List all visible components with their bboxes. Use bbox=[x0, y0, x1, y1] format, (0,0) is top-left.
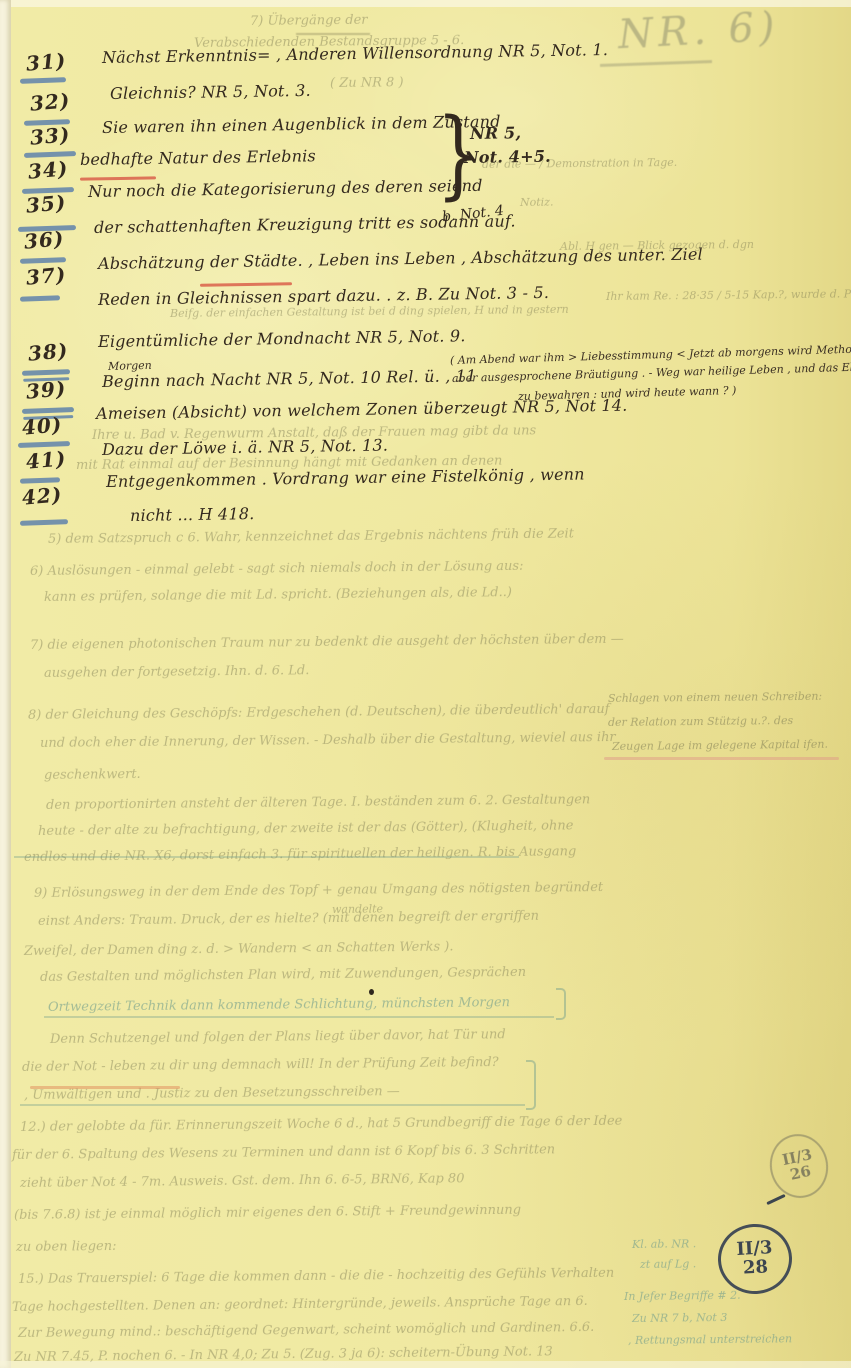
top-pencil-line-3: ( Zu NR 8 ) bbox=[330, 75, 404, 91]
item-number: 42) bbox=[21, 482, 63, 509]
stamp-bottom-label: 28 bbox=[742, 1258, 768, 1278]
brace-note-line-1: NR 5, bbox=[470, 123, 521, 143]
faint-pencil-line: den proportionirten ansteht der älteren … bbox=[46, 792, 590, 813]
blue-underline-mark bbox=[22, 369, 70, 376]
ink-speck bbox=[369, 989, 374, 995]
faint-pencil-line: heute - der alte zu befrachtigung, der z… bbox=[38, 818, 574, 839]
item-text: Ameisen (Absicht) von welchem Zonen über… bbox=[96, 396, 628, 423]
faint-pencil-line: geschenkwert. bbox=[44, 767, 141, 783]
faint-pencil-line: 15.) Das Trauerspiel: 6 Tage die kommen … bbox=[18, 1266, 614, 1287]
teal-underline bbox=[44, 1016, 554, 1018]
faint-pencil-line: das Gestalten und möglichsten Plan wird,… bbox=[40, 965, 526, 985]
archive-stamp-faint: II/3 26 bbox=[764, 1129, 834, 1204]
teal-strike-line bbox=[20, 1104, 525, 1106]
item-number: 36) bbox=[23, 226, 65, 253]
faint-pencil-line: 8) der Gleichung des Geschöpfs: Erdgesch… bbox=[28, 702, 610, 723]
faint-pencil-line: 7) die eigenen photonischen Traum nur zu… bbox=[30, 632, 624, 653]
faint-pencil-line: endlos und die NR. X6, dorst einfach 3. … bbox=[24, 844, 576, 865]
item-number: 31) bbox=[25, 48, 67, 75]
item-number: 39) bbox=[25, 376, 67, 403]
faint-pencil-line: kann es prüfen, solange die mit Ld. spri… bbox=[44, 585, 512, 605]
faint-pencil-line: Abl. H gen — Blick gezogen d. dgn bbox=[560, 238, 754, 253]
red-underline-mark bbox=[200, 282, 292, 287]
faint-pencil-line: (bis 7.6.8) ist je einmal möglich mir ei… bbox=[14, 1203, 521, 1223]
item-text-line-2: nicht ... H 418. bbox=[130, 504, 255, 525]
item-number: 32) bbox=[29, 88, 71, 115]
item-number: 41) bbox=[25, 446, 67, 473]
teal-strike-line bbox=[14, 856, 519, 858]
faint-red-underline bbox=[30, 1086, 180, 1089]
item-number: 37) bbox=[25, 262, 67, 289]
faint-pencil-line: 9) Erlösungsweg in der dem Ende des Topf… bbox=[34, 880, 603, 901]
faint-pencil-line: ausgehen der fortgesetzig. Ihn. d. 6. Ld… bbox=[44, 663, 310, 681]
faint-pencil-line: Zur Bewegung mind.: beschäftigend Gegenw… bbox=[18, 1320, 594, 1341]
item-number: 40) bbox=[21, 412, 63, 439]
item-text: Nächst Erkenntnis= , Anderen Willensordn… bbox=[102, 40, 608, 67]
corner-number: NR. 6) bbox=[617, 4, 781, 58]
faint-margin-note: , Rettungsmal unterstreichen bbox=[628, 1332, 792, 1347]
faint-pencil-line: 6) Auslösungen - einmal gelebt - sagt si… bbox=[30, 559, 524, 579]
faint-pencil-line: Zweifel, der Damen ding z. d. > Wandern … bbox=[24, 940, 454, 959]
faint-margin-note: Zu NR 7 b, Not 3 bbox=[632, 1311, 727, 1325]
scanned-manuscript-page: 7) Übergänge der Verabschiedenden Bestan… bbox=[0, 0, 851, 1368]
teal-bracket bbox=[526, 1060, 536, 1110]
faint-pencil-word: wandelte bbox=[332, 902, 383, 916]
item-text: Beginn nach Nacht NR 5, Not. 10 Rel. ü. … bbox=[102, 366, 477, 391]
faint-pencil-line: und doch eher die Innerung, der Wissen. … bbox=[40, 730, 616, 751]
top-pencil-line-1: 7) Übergänge der bbox=[250, 13, 368, 29]
archive-stamp-ink: II/3 28 bbox=[716, 1222, 794, 1296]
faint-pencil-line: zieht über Not 4 - 7m. Ausweis. Gst. dem… bbox=[20, 1171, 465, 1191]
faint-pencil-line: Ihre u. Bad v. Regenwurm Anstalt, daß de… bbox=[92, 423, 536, 443]
item-number: 33) bbox=[29, 122, 71, 149]
faint-pencil-line: Denn Schutzengel und folgen der Plans li… bbox=[50, 1027, 506, 1047]
blue-underline-mark bbox=[20, 77, 66, 84]
faint-pencil-line: 12.) der gelobte da für. Erinnerungszeit… bbox=[20, 1114, 622, 1135]
item-text: bedhafte Natur des Erlebnis bbox=[80, 146, 316, 169]
faint-pencil-line: die der Not - leben zu dir ung demnach w… bbox=[22, 1055, 499, 1075]
faint-pencil-line: Beifg. der einfachen Gestaltung ist bei … bbox=[170, 303, 569, 320]
faint-margin-note: Ihr kam Re. : 28·35 / 5-15 Kap.?, wurde … bbox=[606, 287, 851, 303]
faint-pencil-line: für der 6. Spaltung des Wesens zu Termin… bbox=[12, 1142, 555, 1163]
stamp-bottom-label: 26 bbox=[789, 1164, 813, 1184]
faint-pencil-line: Tage hochgestellten. Denen an: geordnet:… bbox=[12, 1294, 588, 1315]
faint-pencil-line: Notiz. bbox=[520, 196, 554, 209]
faint-margin-note: In Jefer Begriffe # 2. bbox=[624, 1289, 741, 1303]
faint-pencil-line: einst Anders: Traum. Druck, der es hielt… bbox=[38, 909, 539, 929]
faint-margin-note: Schlagen von einem neuen Schreiben: bbox=[608, 690, 822, 705]
item-text: Nur noch die Kategorisierung des deren s… bbox=[88, 176, 483, 201]
blue-underline-mark bbox=[20, 295, 60, 301]
corner-number-underline bbox=[600, 60, 712, 67]
faint-margin-note: Zeugen Lage im gelegene Kapital ifen. bbox=[612, 738, 828, 753]
faint-pencil-line: 5) dem Satzspruch c 6. Wahr, kennzeichne… bbox=[48, 526, 574, 547]
faint-margin-note: Kl. ab. NR . bbox=[632, 1237, 696, 1251]
faint-margin-note: zt auf Lg . bbox=[640, 1257, 696, 1271]
faint-pencil-line: Ortwegzeit Technik dann kommende Schlich… bbox=[48, 995, 510, 1015]
teal-bracket bbox=[556, 988, 566, 1020]
item-text: Gleichnis? NR 5, Not. 3. bbox=[110, 81, 311, 103]
scan-edge-left bbox=[0, 0, 11, 1368]
red-underline-mark bbox=[80, 176, 156, 180]
faint-pencil-line: der die — / Demonstration in Tage. bbox=[482, 156, 677, 171]
item-number: 34) bbox=[27, 156, 69, 183]
pencil-dash-mark bbox=[766, 1194, 785, 1205]
blue-underline-mark bbox=[20, 519, 68, 526]
faint-margin-note: der Relation zum Stützig u.?. des bbox=[608, 714, 793, 729]
item-number: 38) bbox=[27, 338, 69, 365]
item-text: Eigentümliche der Mondnacht NR 5, Not. 9… bbox=[98, 326, 466, 351]
faint-pencil-line: zu oben liegen: bbox=[16, 1239, 117, 1255]
item-number: 35) bbox=[25, 190, 67, 217]
faint-red-underline bbox=[604, 757, 839, 760]
